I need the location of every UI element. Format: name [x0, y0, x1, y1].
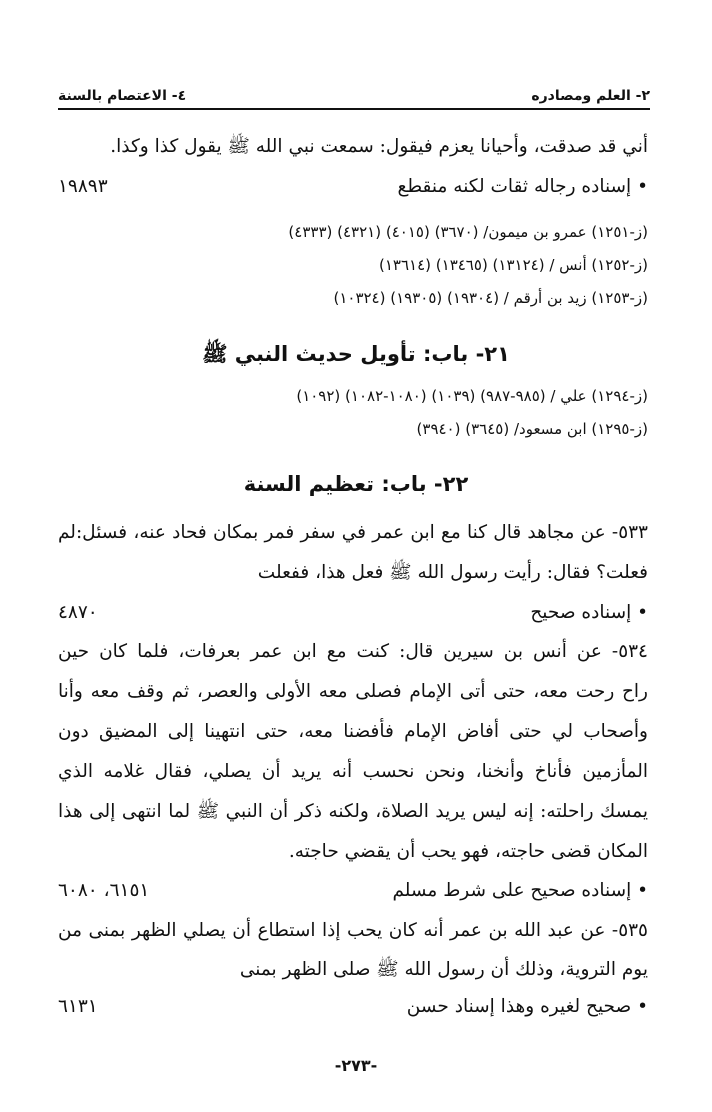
hadith-text-line: ٥٣٣- عن مجاهد قال كنا مع ابن عمر في سفر …: [58, 518, 648, 548]
zawaid-reference: (ز-١٢٩٥) ابن مسعود/ (٣٦٤٥) (٣٩٤٠): [200, 415, 648, 443]
book-page: ٢- العلم ومصادره ٤- الاعتصام بالسنة أني …: [0, 0, 712, 1112]
header-rule: [58, 108, 650, 110]
chapter-heading: ٢١- باب: تأويل حديث النبي ﷺ: [0, 337, 712, 371]
grading-note: • إسناده رجاله ثقات لكنه منقطع: [398, 172, 648, 202]
hadith-reference-number: ١٩٨٩٣: [58, 172, 108, 202]
hadith-text-line: فعلت؟ فقال: رأيت رسول الله ﷺ فعل هذا، فف…: [58, 558, 648, 588]
hadith-reference-number: ٦١٣١: [58, 992, 98, 1022]
hadith-text-line: ٥٣٥- عن عبد الله بن عمر أنه كان يحب إذا …: [58, 916, 648, 946]
continuation-text: أني قد صدقت، وأحيانا يعزم فيقول: سمعت نب…: [58, 132, 648, 162]
zawaid-reference: (ز-١٢٥٣) زيد بن أرقم / (١٩٣٠٤) (١٩٣٠٥) (…: [200, 284, 648, 312]
hadith-grade-row: • إسناده صحيح ٤٨٧٠: [58, 598, 648, 628]
hadith-reference-number: ٤٨٧٠: [58, 598, 98, 628]
hadith-grade-row: • صحيح لغيره وهذا إسناد حسن ٦١٣١: [58, 992, 648, 1022]
header-section-title: ٢- العلم ومصادره: [531, 88, 650, 104]
chapter-heading: ٢٢- باب: تعظيم السنة: [0, 467, 712, 501]
grading-note: • إسناده صحيح: [530, 598, 648, 628]
header-chapter-title: ٤- الاعتصام بالسنة: [58, 88, 186, 104]
hadith-text-line: المكان قضى حاجته، فهو يحب أن يقضي حاجته.: [58, 837, 648, 867]
zawaid-reference: (ز-١٢٥١) عمرو بن ميمون/ (٣٦٧٠) (٤٠١٥) (٤…: [200, 218, 648, 246]
hadith-grade-row: • إسناده صحيح على شرط مسلم ٦١٥١، ٦٠٨٠: [58, 876, 648, 906]
zawaid-reference: (ز-١٢٩٤) علي / (٩٨٥-٩٨٧) (١٠٣٩) (١٠٨٠-١٠…: [150, 382, 648, 410]
hadith-text-line: يوم التروية، وذلك أن رسول الله ﷺ صلى الظ…: [58, 955, 648, 985]
hadith-text-line: ٥٣٤- عن أنس بن سيرين قال: كنت مع ابن عمر…: [58, 637, 648, 667]
hadith-text-line: راح رحت معه، حتى أتى الإمام فصلى معه الأ…: [58, 677, 648, 707]
hadith-text-line: المأزمين فأناخ وأنخنا، ونحن نحسب أنه يري…: [58, 757, 648, 787]
running-header: ٢- العلم ومصادره ٤- الاعتصام بالسنة: [58, 78, 650, 104]
hadith-reference-number: ٦١٥١، ٦٠٨٠: [58, 876, 149, 906]
grading-note: • إسناده صحيح على شرط مسلم: [392, 876, 648, 906]
hadith-text-line: وأصحاب لي حتى أفاض الإمام فأفضنا معه، حت…: [58, 717, 648, 747]
continuation-grade-row: • إسناده رجاله ثقات لكنه منقطع ١٩٨٩٣: [58, 172, 648, 202]
hadith-text-line: يمسك راحلته: إنه ليس يريد الصلاة، ولكنه …: [58, 797, 648, 827]
page-number: -٢٧٣-: [0, 1056, 712, 1075]
grading-note: • صحيح لغيره وهذا إسناد حسن: [407, 992, 648, 1022]
zawaid-reference: (ز-١٢٥٢) أنس / (١٣١٢٤) (١٣٤٦٥) (١٣٦١٤): [200, 251, 648, 279]
